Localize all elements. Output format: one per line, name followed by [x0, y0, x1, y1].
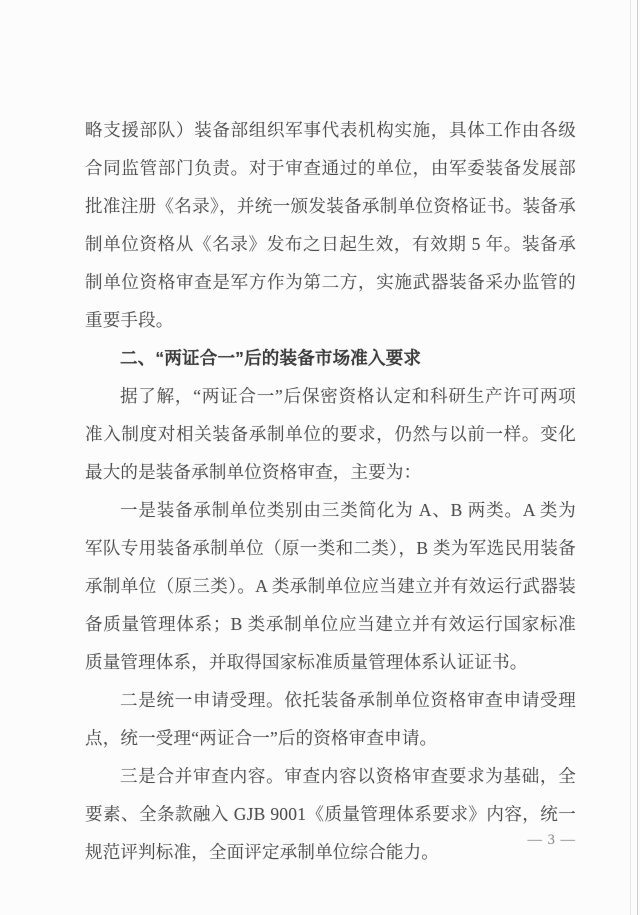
paragraph: 略支援部队）装备部组织军事代表机构实施，具体工作由各级合同监管部门负责。对于审查…	[85, 111, 576, 339]
scan-edge-line-inner	[630, 0, 631, 915]
scan-edge-line-outer	[637, 0, 638, 915]
document-page: 略支援部队）装备部组织军事代表机构实施，具体工作由各级合同监管部门负责。对于审查…	[0, 0, 640, 915]
paragraph: 三是合并审查内容。审查内容以资格审查要求为基础，全要素、全条款融入 GJB 90…	[85, 757, 576, 871]
paragraph: 一是装备承制单位类别由三类简化为 A、B 两类。A 类为军队专用装备承制单位（原…	[85, 491, 576, 681]
section-heading: 二、“两证合一”后的装备市场准入要求	[85, 339, 576, 377]
page-number: — 3 —	[528, 830, 577, 850]
document-body: 略支援部队）装备部组织军事代表机构实施，具体工作由各级合同监管部门负责。对于审查…	[85, 111, 576, 871]
paragraph: 据了解，“两证合一”后保密资格认定和科研生产许可两项准入制度对相关装备承制单位的…	[85, 377, 576, 491]
paragraph: 二是统一申请受理。依托装备承制单位资格审查申请受理点，统一受理“两证合一”后的资…	[85, 681, 576, 757]
